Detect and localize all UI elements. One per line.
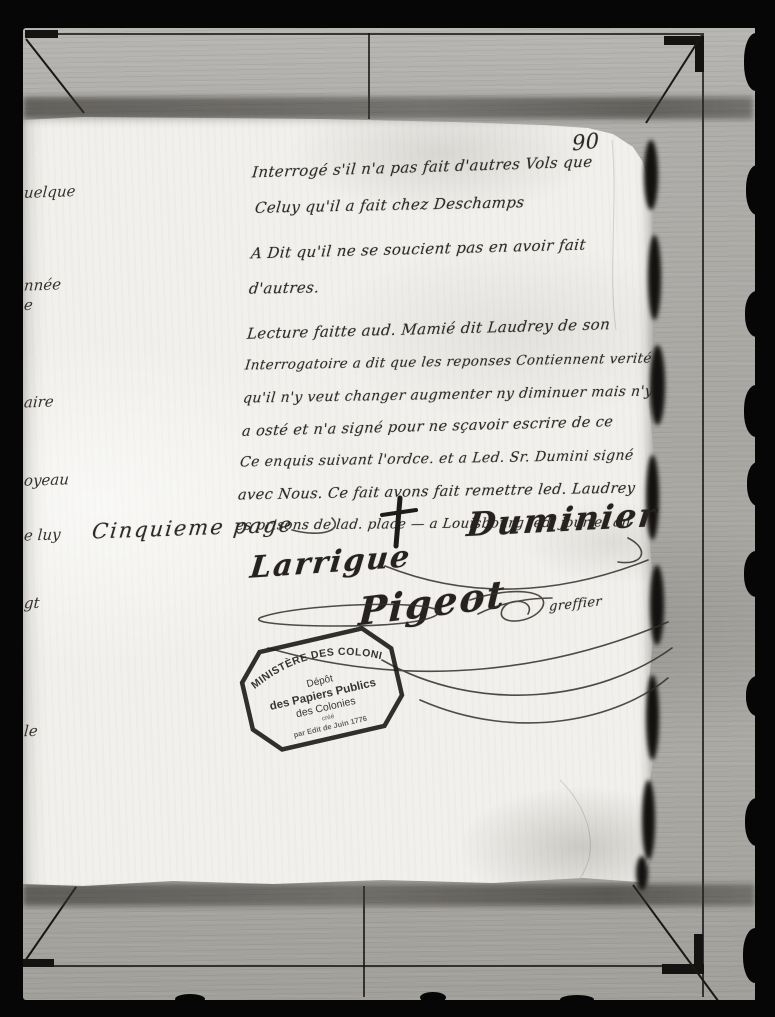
left-page-fragment: e luy [23,525,61,544]
corner-mark-top-left [25,30,58,38]
handwriting-line: d'autres. [248,278,320,297]
film-edge-blob [744,33,770,91]
film-edge-blob [743,928,770,983]
page-edge-shadow [636,856,648,890]
registration-line-top [25,33,702,35]
film-border-bottom [0,1000,775,1017]
left-page-fragment: uelque [23,182,76,202]
film-edge-blob [746,676,770,716]
page-edge-shadow [648,235,661,320]
film-border-left [0,0,23,1017]
mount-bottom-bump [175,994,205,1004]
film-border-right [755,0,775,1017]
film-edge-blob [745,291,770,337]
film-border-top [0,0,775,28]
page-edge-shadow [644,140,658,210]
film-edge-blob [747,462,770,506]
page-number: 90 [572,129,600,156]
registration-line-right-vertical [702,33,704,997]
shadow-band-top [23,97,753,119]
left-page-fragment: le [23,722,38,741]
page-edge-shadow [642,780,655,860]
left-page-fragment: nnée [23,275,61,294]
film-edge-blob [746,165,770,215]
microfilm-photograph: { "document": { "page_number": "90", "pa… [0,0,775,1017]
page-edge-shadow [646,675,659,760]
left-page-fragment: e [23,296,33,314]
film-edge-blob [744,551,770,597]
film-edge-blob [745,798,770,846]
film-edge-blob [744,385,770,437]
left-page-fragment: oyeau [23,470,69,490]
corner-mark-bottom-left [23,959,54,967]
mount-bottom-bump [420,992,446,1003]
mount-bottom-bump [560,995,594,1004]
left-page-fragment: gt [23,594,40,613]
page-edge-shadow [650,565,664,645]
left-page-fragment: aire [23,392,54,411]
